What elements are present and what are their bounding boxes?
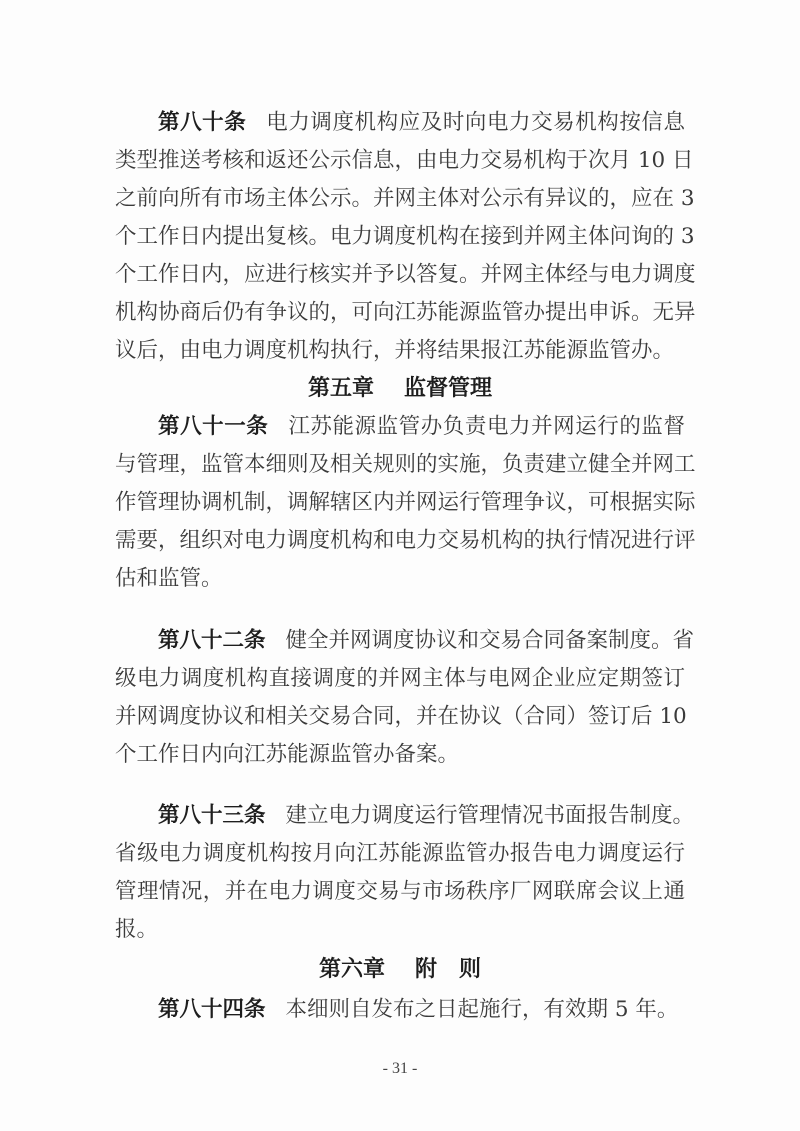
article-81-line-4: 需要，组织对电力调度机构和电力交易机构的执行情况进行评 — [115, 522, 685, 560]
document-page: 第八十条电力调度机构应及时向电力交易机构按信息 类型推送考核和返还公示信息，由电… — [0, 0, 800, 1131]
article-80-line-5: 个工作日内，应进行核实并予以答复。并网主体经与电力调度 — [115, 256, 685, 294]
chapter-number: 第六章 — [319, 957, 385, 982]
article-number: 第八十条 — [158, 110, 246, 135]
article-83-line-1: 第八十三条建立电力调度运行管理情况书面报告制度。 — [158, 797, 685, 835]
article-number: 第八十四条 — [158, 997, 266, 1022]
article-number: 第八十三条 — [158, 803, 266, 828]
article-82-line-4: 个工作日内向江苏能源监管办备案。 — [115, 736, 685, 774]
article-81-line-5: 估和监管。 — [115, 560, 685, 598]
article-80-line-6: 机构协商后仍有争议的，可向江苏能源监管办提出申诉。无异 — [115, 294, 685, 332]
article-82-line-2: 级电力调度机构直接调度的并网主体与电网企业应定期签订 — [115, 660, 685, 698]
article-81-line-2: 与管理，监管本细则及相关规则的实施，负责建立健全并网工 — [115, 446, 685, 484]
chapter-number: 第五章 — [308, 376, 374, 401]
article-text: 江苏能源监管办负责电力并网运行的监督 — [288, 414, 685, 439]
article-83-line-3: 管理情况，并在电力调度交易与市场秩序厂网联席会议上通 — [115, 873, 685, 911]
chapter-5-heading: 第五章监督管理 — [0, 370, 800, 408]
article-83-line-4: 报。 — [115, 911, 685, 949]
article-80-line-4: 个工作日内提出复核。电力调度机构在接到并网主体问询的 3 — [115, 218, 685, 256]
article-text: 建立电力调度运行管理情况书面报告制度。 — [286, 803, 695, 828]
article-text: 健全并网调度协议和交易合同备案制度。省 — [286, 628, 695, 653]
page-number: - 31 - — [0, 1060, 800, 1078]
article-81-line-3: 作管理协调机制，调解辖区内并网运行管理争议，可根据实际 — [115, 484, 685, 522]
article-83-line-2: 省级电力调度机构按月向江苏能源监管办报告电力调度运行 — [115, 835, 685, 873]
chapter-title: 附 则 — [415, 957, 481, 982]
article-number: 第八十一条 — [158, 414, 268, 439]
chapter-6-heading: 第六章附 则 — [0, 951, 800, 989]
article-80-line-2: 类型推送考核和返还公示信息，由电力交易机构于次月 10 日 — [115, 142, 685, 180]
article-80-line-3: 之前向所有市场主体公示。并网主体对公示有异议的，应在 3 — [115, 180, 685, 218]
article-80-line-7: 议后，由电力调度机构执行，并将结果报江苏能源监管办。 — [115, 332, 685, 370]
chapter-title: 监督管理 — [404, 376, 492, 401]
article-82-line-1: 第八十二条健全并网调度协议和交易合同备案制度。省 — [158, 622, 685, 660]
article-80-line-1: 第八十条电力调度机构应及时向电力交易机构按信息 — [158, 104, 685, 142]
article-82-line-3: 并网调度协议和相关交易合同，并在协议（合同）签订后 10 — [115, 698, 685, 736]
article-84-line-1: 第八十四条本细则自发布之日起施行，有效期 5 年。 — [158, 991, 685, 1029]
article-text: 电力调度机构应及时向电力交易机构按信息 — [266, 110, 685, 135]
article-text: 本细则自发布之日起施行，有效期 5 年。 — [286, 997, 679, 1022]
article-81-line-1: 第八十一条江苏能源监管办负责电力并网运行的监督 — [158, 408, 685, 446]
article-number: 第八十二条 — [158, 628, 266, 653]
